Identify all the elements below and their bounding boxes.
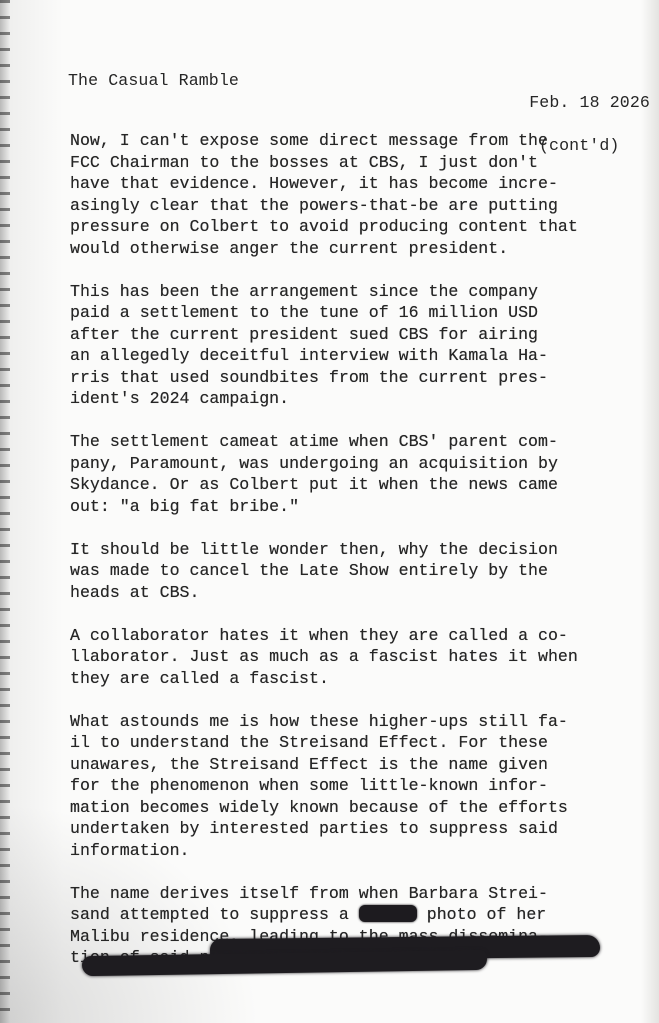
redaction-mark xyxy=(359,905,417,922)
text-line: il to understand the Streisand Effect. F… xyxy=(70,732,630,754)
text-line: they are called a fascist. xyxy=(70,668,630,690)
text-line: Now, I can't expose some direct message … xyxy=(70,130,630,152)
text-line: asingly clear that the powers-that-be ar… xyxy=(70,195,630,217)
text-line: was made to cancel the Late Show entirel… xyxy=(70,560,630,582)
typewritten-page: The Casual Ramble Feb. 18 2026 (cont'd) … xyxy=(0,0,659,1023)
text-line: paid a settlement to the tune of 16 mill… xyxy=(70,302,630,324)
text-segment: photo of her xyxy=(417,905,546,924)
text-line: FCC Chairman to the bosses at CBS, I jus… xyxy=(70,152,630,174)
text-line: mation becomes widely known because of t… xyxy=(70,797,630,819)
text-line: after the current president sued CBS for… xyxy=(70,324,630,346)
text-line: out: "a big fat bribe." xyxy=(70,496,630,518)
text-line: for the phenomenon when some little-know… xyxy=(70,775,630,797)
column-title: The Casual Ramble xyxy=(68,70,239,92)
text-line: heads at CBS. xyxy=(70,582,630,604)
text-segment: sand attempted to suppress a xyxy=(70,905,349,924)
text-line: pany, Paramount, was undergoing an acqui… xyxy=(70,453,630,475)
paragraph-fcc: Now, I can't expose some direct message … xyxy=(70,130,630,259)
perforated-edge xyxy=(0,0,10,1023)
paragraph-settlement: This has been the arrangement since the … xyxy=(70,281,630,410)
text-line: It should be little wonder then, why the… xyxy=(70,539,630,561)
text-line: have that evidence. However, it has beco… xyxy=(70,173,630,195)
text-line: llaborator. Just as much as a fascist ha… xyxy=(70,646,630,668)
text-line: information. xyxy=(70,840,630,862)
text-line: The name derives itself from when Barbar… xyxy=(70,883,630,905)
text-line-with-redaction: sand attempted to suppress a photo of he… xyxy=(70,904,630,926)
text-line: undertaken by interested parties to supp… xyxy=(70,818,630,840)
text-line: A collaborator hates it when they are ca… xyxy=(70,625,630,647)
column-date: Feb. 18 2026 xyxy=(529,93,650,112)
article-body: Now, I can't expose some direct message … xyxy=(70,130,630,969)
text-line: would otherwise anger the current presid… xyxy=(70,238,630,260)
text-line: an allegedly deceitful interview with Ka… xyxy=(70,345,630,367)
text-line: What astounds me is how these higher-ups… xyxy=(70,711,630,733)
text-line: rris that used soundbites from the curre… xyxy=(70,367,630,389)
text-line: Skydance. Or as Colbert put it when the … xyxy=(70,474,630,496)
paragraph-streisand-effect: What astounds me is how these higher-ups… xyxy=(70,711,630,862)
text-line: unawares, the Streisand Effect is the na… xyxy=(70,754,630,776)
text-line: The settlement cameat atime when CBS' pa… xyxy=(70,431,630,453)
paragraph-collaborator: A collaborator hates it when they are ca… xyxy=(70,625,630,690)
text-line: pressure on Colbert to avoid producing c… xyxy=(70,216,630,238)
paragraph-decision: It should be little wonder then, why the… xyxy=(70,539,630,604)
text-line: ident's 2024 campaign. xyxy=(70,388,630,410)
paragraph-paramount: The settlement cameat atime when CBS' pa… xyxy=(70,431,630,517)
text-line: This has been the arrangement since the … xyxy=(70,281,630,303)
